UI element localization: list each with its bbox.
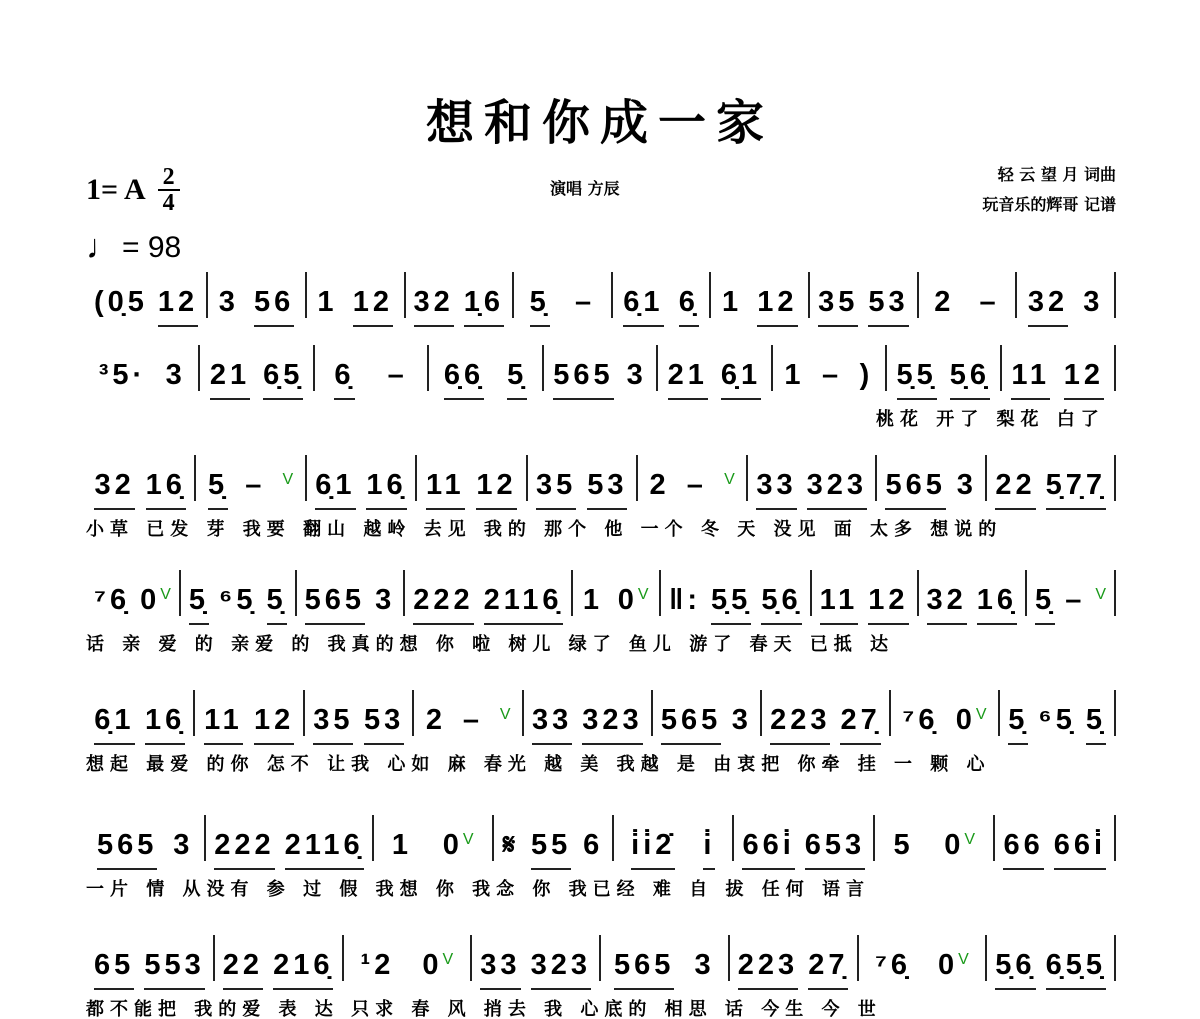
- note-group: 5̣: [1008, 704, 1028, 745]
- note-group: 323: [531, 949, 591, 990]
- note-group: 6̣: [679, 286, 699, 327]
- note-group: ⁶5̣: [1038, 704, 1075, 743]
- note-group: 565: [661, 704, 721, 745]
- note-group: 66: [1003, 829, 1043, 870]
- score-row: 6̣116̣111235532–V33323565322327̣⁷6̣0V5̣⁶…: [86, 690, 1116, 778]
- note-group: ‖:: [669, 584, 701, 623]
- notation-line: 56532222116̣10V𝄋556i̇i̇2̇i̇66i̇65350V666…: [86, 815, 1116, 875]
- note-group: 53: [868, 286, 908, 327]
- note-group: 32: [927, 584, 967, 625]
- note-group: 0V: [956, 704, 987, 743]
- note-group: 3: [957, 469, 977, 508]
- notation-line: ³5·3216̣5̣6̣–6̣6̣5̣5653216̣11–)5̣5̣5̣6̣1…: [86, 345, 1116, 405]
- note-group: 5̣: [1086, 704, 1106, 745]
- note-group: 33: [480, 949, 520, 990]
- lyrics-line: 桃花 开了 梨花 白了: [86, 405, 1116, 433]
- notation-line: (0̣512356112321̣65̣–6̣16̣11235532–323: [86, 272, 1116, 332]
- measure: i̇i̇2̇i̇: [614, 815, 734, 861]
- note-group: 5̣: [507, 359, 527, 400]
- measure: 5̣–V: [196, 455, 306, 501]
- measure: 6̣6̣5̣: [429, 345, 543, 391]
- note-group: 35: [313, 704, 353, 745]
- note-group: 1: [784, 359, 804, 398]
- note-group: 3: [695, 949, 715, 988]
- note-group: 53: [364, 704, 404, 745]
- transcriber: 玩音乐的辉哥 记谱: [982, 190, 1116, 220]
- note-group: 6̣5̣5̣: [1046, 949, 1106, 990]
- measure: 2–: [919, 272, 1018, 318]
- measure: 6̣116̣: [86, 690, 195, 736]
- note-group: ): [860, 359, 874, 398]
- note-group: ⁷6̣: [875, 949, 911, 988]
- note-group: 5̣6̣: [950, 359, 990, 400]
- measure: 3553: [305, 690, 414, 736]
- note-group: 565: [553, 359, 613, 400]
- note-group: 1: [392, 829, 412, 868]
- note-group: 0V: [422, 949, 453, 988]
- time-signature: 2 4: [158, 166, 180, 214]
- breath-mark-icon: V: [964, 831, 975, 848]
- key-signature: 1= A 2 4: [86, 166, 180, 214]
- notation-line: 6555322216̣¹20V33323565322327̣⁷6̣0V5̣6̣6…: [86, 935, 1116, 995]
- breath-mark-icon: V: [160, 586, 171, 603]
- note-group: i̇i̇2̇: [631, 829, 675, 870]
- breath-mark-icon: V: [443, 951, 454, 968]
- note-group: 16̣: [366, 469, 406, 510]
- score-row: 6555322216̣¹20V33323565322327̣⁷6̣0V5̣6̣6…: [86, 935, 1116, 1019]
- note-group: 𝄋: [503, 829, 519, 868]
- note-group: 565: [305, 584, 365, 625]
- note-group: 5̣6̣: [995, 949, 1035, 990]
- note-group: 35: [536, 469, 576, 510]
- note-group: 3: [173, 829, 193, 868]
- note-group: 223: [738, 949, 798, 990]
- measure: 216̣5̣: [200, 345, 314, 391]
- note-group: ¹2: [361, 949, 395, 988]
- note-group: 0V: [618, 584, 649, 623]
- measure: 112: [307, 272, 406, 318]
- note-group: 6̣5̣: [263, 359, 303, 400]
- note-group: 5: [893, 829, 913, 868]
- note-group: –: [687, 469, 707, 508]
- note-group: 12: [353, 286, 393, 327]
- note-group: –: [463, 704, 483, 743]
- note-group: 323: [582, 704, 642, 745]
- measure: 6̣116̣: [307, 455, 417, 501]
- lyrics-line: 话 亲 爱 的 亲爱 的 我真的想 你 啦 树儿 绿了 鱼儿 游了 春天 已抵 …: [86, 630, 1116, 658]
- lyrics-line: 都不能把 我的爱 表 达 只求 春 风 捎去 我 心底的 相思 话 今生 今 世: [86, 995, 1116, 1019]
- breath-mark-icon: V: [283, 471, 294, 488]
- note-group: V: [724, 469, 735, 502]
- note-group: 216̣: [273, 949, 333, 990]
- lyrics-line: 想起 最爱 的你 怎不 让我 心如 麻 春光 越 美 我越 是 由衷把 你牵 挂…: [86, 750, 1116, 778]
- note-group: 22: [995, 469, 1035, 510]
- measure: 1112: [812, 570, 919, 616]
- measure: 216̣1: [658, 345, 772, 391]
- measure: 323: [1017, 272, 1116, 318]
- note-group: 65: [94, 949, 134, 990]
- note-group: 16̣: [145, 704, 185, 745]
- measure: 5653: [297, 570, 406, 616]
- measure: 5̣–V: [1027, 570, 1116, 616]
- note-group: 32: [1028, 286, 1068, 327]
- measure: ³5·3: [86, 345, 200, 391]
- score-row: ³5·3216̣5̣6̣–6̣6̣5̣5653216̣11–)5̣5̣5̣6̣1…: [86, 345, 1116, 433]
- note-group: 33: [532, 704, 572, 745]
- measure: 22327̣: [762, 690, 891, 736]
- breath-mark-icon: V: [463, 831, 474, 848]
- note-group: –: [245, 469, 265, 508]
- measure: 1–): [773, 345, 887, 391]
- notation-line: ⁷6̣0V5̣⁶5̣5̣56532222116̣10V‖:5̣5̣5̣6̣111…: [86, 570, 1116, 630]
- note-group: 5̣7̣7̣: [1046, 469, 1106, 510]
- note-group: 222: [413, 584, 473, 625]
- measure: 3553: [528, 455, 638, 501]
- measure: 5653: [653, 690, 762, 736]
- note-group: 2116̣: [285, 829, 364, 870]
- note-group: 5̣: [1035, 584, 1055, 625]
- note-group: 12: [158, 286, 198, 327]
- measure: 5̣5̣5̣6̣: [887, 345, 1001, 391]
- note-group: 11: [426, 469, 465, 510]
- breath-mark-icon: V: [724, 471, 735, 488]
- breath-mark-icon: V: [1095, 586, 1106, 603]
- note-group: 5̣5̣: [711, 584, 751, 625]
- measure: 2222116̣: [206, 815, 373, 861]
- measure: 2–V: [414, 690, 523, 736]
- quarter-note-icon: ♩: [86, 228, 120, 267]
- measure: 3553: [810, 272, 919, 318]
- measure: ⁷6̣0V: [86, 570, 181, 616]
- measure: 3216̣: [919, 570, 1028, 616]
- note-group: 6̣1: [94, 704, 134, 745]
- measure: 6̣16̣: [613, 272, 712, 318]
- note-group: 5̣5̣: [897, 359, 937, 400]
- note-group: 5̣: [208, 469, 228, 510]
- lyricist-composer: 轻 云 望 月 词曲: [982, 160, 1116, 190]
- note-group: 12: [1064, 359, 1104, 400]
- note-group: ³5·: [99, 359, 146, 398]
- note-group: 21: [210, 359, 250, 400]
- measure: 5̣⁶5̣5̣: [181, 570, 297, 616]
- note-group: 66i̇: [1054, 829, 1106, 870]
- note-group: 56: [254, 286, 294, 327]
- note-group: 553: [144, 949, 204, 990]
- note-group: 2: [426, 704, 446, 743]
- note-group: –: [980, 286, 1000, 325]
- note-group: 3: [166, 359, 186, 398]
- note-group: 12: [476, 469, 516, 510]
- notation-line: 6̣116̣111235532–V33323565322327̣⁷6̣0V5̣⁶…: [86, 690, 1116, 750]
- note-group: 565: [614, 949, 674, 990]
- breath-mark-icon: V: [958, 951, 969, 968]
- note-group: 2: [650, 469, 670, 508]
- note-group: 66i̇: [742, 829, 794, 870]
- lyrics-line: 小草 已发 芽 我要 翻山 越岭 去见 我的 那个 他 一个 冬 天 没见 面 …: [86, 515, 1116, 543]
- measure: 5653: [544, 345, 658, 391]
- lyrics-line: 一片 情 从没有 参 过 假 我想 你 我念 你 我已经 难 自 拔 任何 语言: [86, 875, 1116, 903]
- note-group: –: [388, 359, 408, 398]
- measure: 65553: [86, 935, 215, 981]
- note-group: 3: [627, 359, 647, 398]
- note-group: 0V: [443, 829, 474, 868]
- note-group: 3: [375, 584, 395, 623]
- measure: ⁷6̣0V: [891, 690, 1000, 736]
- note-group: V: [500, 704, 511, 737]
- note-group: 0V: [938, 949, 969, 988]
- measure: 66i̇653: [734, 815, 875, 861]
- note-group: i̇: [703, 829, 715, 870]
- time-denominator: 4: [163, 192, 175, 214]
- note-group: V: [1095, 584, 1106, 617]
- note-group: 1̣6: [464, 286, 504, 327]
- measure: 1112: [1002, 345, 1116, 391]
- note-group: 22: [223, 949, 263, 990]
- note-group: 222: [214, 829, 274, 870]
- note-group: 5̣: [530, 286, 550, 327]
- singer-credit: 演唱 方辰: [550, 176, 620, 199]
- note-group: 6̣1: [315, 469, 355, 510]
- measure: 33323: [472, 935, 601, 981]
- note-group: 0V: [944, 829, 975, 868]
- measure: 10V: [374, 815, 494, 861]
- score-row: 3216̣5̣–V6̣116̣111235532–V333235653225̣7…: [86, 455, 1116, 543]
- measure: 5653: [877, 455, 987, 501]
- note-group: 6̣: [334, 359, 354, 400]
- measure: 321̣6: [406, 272, 515, 318]
- note-group: 1: [722, 286, 742, 325]
- measure: 225̣7̣7̣: [987, 455, 1116, 501]
- note-group: 12: [868, 584, 908, 625]
- measure: 6̣–: [315, 345, 429, 391]
- note-group: 12: [757, 286, 797, 327]
- measure: 𝄋556: [494, 815, 614, 861]
- note-group: 223: [770, 704, 830, 745]
- measure: 33323: [524, 690, 653, 736]
- note-group: 3: [219, 286, 239, 325]
- note-group: 35: [818, 286, 858, 327]
- measure: 356: [208, 272, 307, 318]
- measure: 2–V: [638, 455, 748, 501]
- measure: 5653: [86, 815, 206, 861]
- measure: 2222116̣: [405, 570, 572, 616]
- note-group: 33: [756, 469, 796, 510]
- measure: 10V: [573, 570, 661, 616]
- note-group: 1: [317, 286, 337, 325]
- note-group: 27̣: [808, 949, 848, 990]
- time-numerator: 2: [163, 166, 175, 188]
- note-group: ⁷6̣: [94, 584, 130, 623]
- note-group: 53: [587, 469, 627, 510]
- measure: 22216̣: [215, 935, 344, 981]
- measure: ¹20V: [344, 935, 473, 981]
- measure: 5̣⁶5̣5̣: [1000, 690, 1116, 736]
- breath-mark-icon: V: [976, 706, 987, 723]
- key-label: 1= A: [86, 173, 146, 207]
- note-group: 5̣: [267, 584, 287, 625]
- note-group: 1: [583, 584, 603, 623]
- note-group: –: [1065, 584, 1085, 623]
- measure: 5653: [601, 935, 730, 981]
- measure: 112: [711, 272, 810, 318]
- note-group: 21: [668, 359, 708, 400]
- measure: 50V: [875, 815, 995, 861]
- tempo-marking: ♩ = 98: [86, 228, 181, 267]
- note-group: 6: [583, 829, 603, 868]
- note-group: 5̣6̣: [761, 584, 801, 625]
- measure: 1112: [195, 690, 304, 736]
- measure: 22327̣: [730, 935, 859, 981]
- note-group: 32: [94, 469, 134, 510]
- tempo-value: = 98: [122, 231, 181, 265]
- note-group: 2116̣: [484, 584, 563, 625]
- note-group: 565: [97, 829, 157, 870]
- note-group: 6̣1: [623, 286, 663, 327]
- note-group: 11: [820, 584, 859, 625]
- measure: 5̣6̣6̣5̣5̣: [987, 935, 1116, 981]
- note-group: 12: [254, 704, 294, 745]
- notation-line: 3216̣5̣–V6̣116̣111235532–V333235653225̣7…: [86, 455, 1116, 515]
- note-group: 11: [204, 704, 243, 745]
- note-group: –: [575, 286, 595, 325]
- note-group: 653: [805, 829, 865, 870]
- measure: 1112: [417, 455, 527, 501]
- note-group: 5̣: [189, 584, 209, 625]
- measure: 33323: [748, 455, 877, 501]
- note-group: 16̣: [146, 469, 186, 510]
- note-group: 11: [1011, 359, 1050, 400]
- note-group: 3: [732, 704, 752, 743]
- breath-mark-icon: V: [638, 586, 649, 603]
- note-group: ⁷6̣: [902, 704, 938, 743]
- measure: 3216̣: [86, 455, 196, 501]
- measure: 6666i̇: [995, 815, 1116, 861]
- note-group: V: [283, 469, 294, 502]
- note-group: 6̣6̣: [444, 359, 484, 400]
- breath-mark-icon: V: [500, 706, 511, 723]
- note-group: 0V: [140, 584, 171, 623]
- note-group: –: [822, 359, 842, 398]
- note-group: 565: [885, 469, 945, 510]
- note-group: 6̣1: [721, 359, 761, 400]
- measure: 5̣–: [514, 272, 613, 318]
- measure: (0̣512: [86, 272, 208, 318]
- credits: 轻 云 望 月 词曲 玩音乐的辉哥 记谱: [982, 160, 1116, 220]
- note-group: 2: [934, 286, 954, 325]
- note-group: 16̣: [977, 584, 1017, 625]
- measure: ⁷6̣0V: [859, 935, 988, 981]
- note-group: 27̣: [840, 704, 880, 745]
- note-group: 55: [531, 829, 571, 870]
- measure: ‖:5̣5̣5̣6̣: [661, 570, 812, 616]
- song-title: 想和你成一家: [0, 84, 1200, 153]
- note-group: ⁶5̣: [219, 584, 256, 623]
- note-group: 323: [807, 469, 867, 510]
- note-group: 32: [414, 286, 454, 327]
- score-row: ⁷6̣0V5̣⁶5̣5̣56532222116̣10V‖:5̣5̣5̣6̣111…: [86, 570, 1116, 658]
- score-row: 56532222116̣10V𝄋556i̇i̇2̇i̇66i̇65350V666…: [86, 815, 1116, 903]
- note-group: 3: [1083, 286, 1103, 325]
- note-group: (0̣5: [94, 286, 148, 325]
